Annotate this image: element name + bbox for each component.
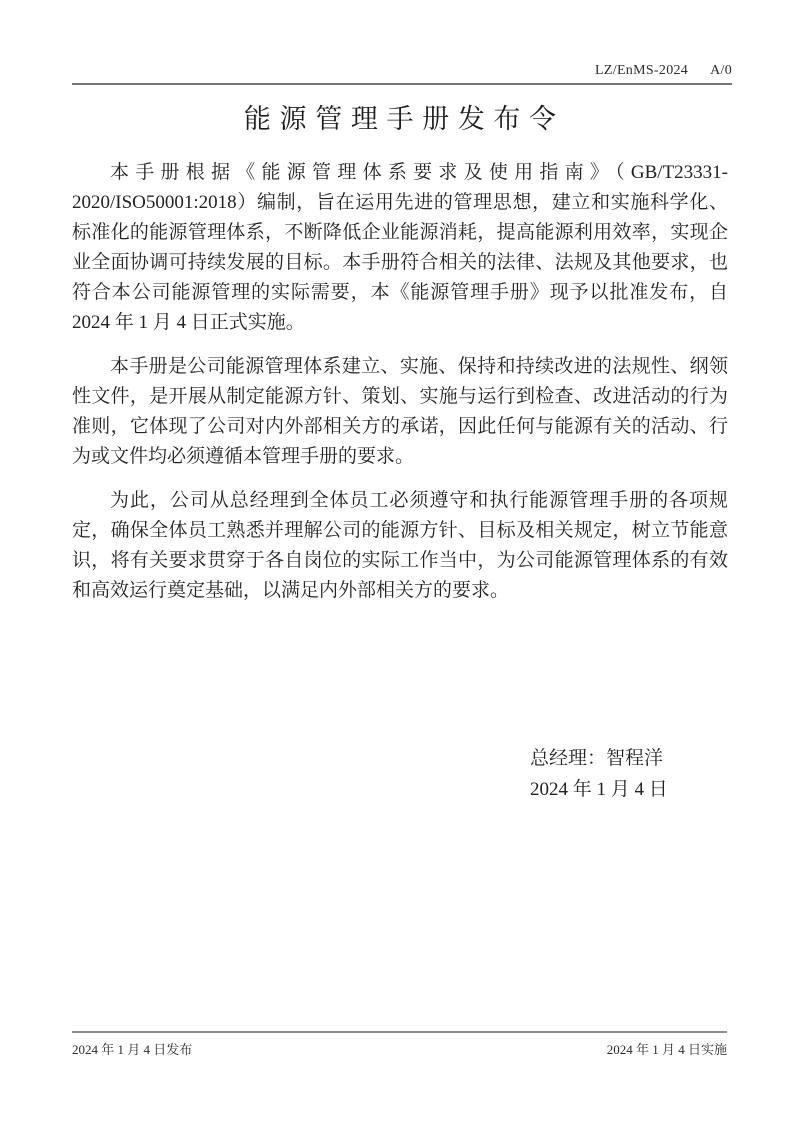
document-content: 能源管理手册发布令 本手册根据《能源管理体系要求及使用指南》（GB/T23331… bbox=[72, 98, 728, 805]
paragraph-scope: 本手册是公司能源管理体系建立、实施、保持和持续改进的法规性、纲领性文件，是开展从… bbox=[72, 352, 728, 472]
document-footer: 2024 年 1 月 4 日发布 2024 年 1 月 4 日实施 bbox=[72, 1031, 727, 1058]
paragraph-commitment: 为此，公司从总经理到全体员工必须遵守和执行能源管理手册的各项规定，确保全体员工熟… bbox=[72, 486, 728, 606]
page-title: 能源管理手册发布令 bbox=[72, 98, 728, 140]
footer-release-date: 2024 年 1 月 4 日发布 bbox=[72, 1039, 192, 1058]
paragraph-introduction: 本手册根据《能源管理体系要求及使用指南》（GB/T23331-2020/ISO5… bbox=[72, 158, 728, 338]
signature-block: 总经理：智程洋 2024 年 1 月 4 日 bbox=[530, 743, 728, 805]
signature-signer: 总经理：智程洋 bbox=[530, 743, 728, 774]
document-page: LZ/EnMS-2024A/0 能源管理手册发布令 本手册根据《能源管理体系要求… bbox=[0, 0, 800, 1130]
document-header: LZ/EnMS-2024A/0 bbox=[72, 63, 732, 85]
signature-date: 2024 年 1 月 4 日 bbox=[530, 774, 728, 805]
document-code: LZ/EnMS-2024 bbox=[595, 63, 688, 78]
document-revision: A/0 bbox=[710, 63, 732, 78]
footer-implementation-date: 2024 年 1 月 4 日实施 bbox=[607, 1039, 727, 1058]
